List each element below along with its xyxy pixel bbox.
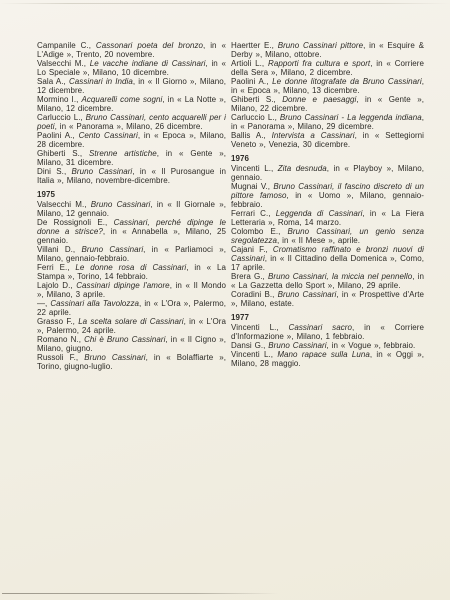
- entry-text: Carluccio L.,: [231, 113, 280, 122]
- bibliography-entry: Artioli L., Rapporti fra cultura e sport…: [231, 59, 424, 77]
- bibliography-entry: Ferrari C., Leggenda di Cassinari, in « …: [231, 209, 424, 227]
- bibliography-entry: Dini S., Bruno Cassinari, in « Il Purosa…: [37, 167, 226, 185]
- entry-title: Bruno Cassinari pittore: [278, 41, 363, 50]
- entry-text: Ghiberti S.,: [231, 95, 282, 104]
- entry-title: Cento Cassinari: [79, 131, 138, 140]
- bibliography-entry: Coradini B., Bruno Cassinari, in « Prosp…: [231, 290, 424, 308]
- entry-text: Villani D.,: [37, 245, 81, 254]
- entry-text: Ferrari C.,: [231, 209, 276, 218]
- bibliography-entry: Cajani F., Cromatismo raffinato e bronzi…: [231, 245, 424, 272]
- entry-text: , in « Il Mese », aprile.: [277, 236, 360, 245]
- entry-text: Dini S.,: [37, 167, 72, 176]
- entry-title: La scelta solare di Cassinari: [78, 317, 183, 326]
- entry-text: Dansi G.,: [231, 341, 268, 350]
- entry-title: Le vacche indiane di Cassinari: [90, 59, 206, 68]
- entry-title: Le donne rosa di Cassinari: [75, 263, 186, 272]
- entry-title: Intervista a Cassinari: [272, 131, 355, 140]
- entry-title: Chi è Bruno Cassinari: [84, 335, 165, 344]
- entry-text: Brera G.,: [231, 272, 268, 281]
- bibliography-entry: Colombo E., Bruno Cassinari, un genio se…: [231, 227, 424, 245]
- bibliography-entry: Haertter E., Bruno Cassinari pittore, in…: [231, 41, 424, 59]
- entry-title: Cassinari alla Tavolozza: [50, 299, 139, 308]
- bibliography-entry: Sala A., Cassinari in India, in « Il Gio…: [37, 77, 226, 95]
- entry-text: Vincenti L.,: [231, 323, 289, 332]
- year-heading-1975: 1975: [37, 190, 226, 199]
- entry-text: Paolini A.,: [37, 131, 79, 140]
- entry-title: Bruno Cassinari: [278, 290, 337, 299]
- bibliography-entry: Ghiberti S., Strenne artistiche, in « Ge…: [37, 149, 226, 167]
- bibliography-column-right: Haertter E., Bruno Cassinari pittore, in…: [231, 41, 424, 368]
- bibliography-entry: Ballis A., Intervista a Cassinari, in « …: [231, 131, 424, 149]
- entry-title: Bruno Cassinari - La leggenda indiana: [280, 113, 422, 122]
- entry-title: Zita desnuda: [278, 164, 327, 173]
- entry-text: Russoli F.,: [37, 353, 84, 362]
- entry-title: Strenne artistiche: [89, 149, 157, 158]
- entry-text: Grasso F.,: [37, 317, 78, 326]
- entry-title: Bruno Cassinari: [91, 200, 151, 209]
- bibliography-entry: Campanile C., Cassonari poeta del bronzo…: [37, 41, 226, 59]
- bibliography-entry: Paolini A., Cento Cassinari, in « Epoca …: [37, 131, 226, 149]
- entry-text: Valsecchi M.,: [37, 59, 90, 68]
- entry-text: Mormino I.,: [37, 95, 81, 104]
- entry-text: Artioli L.,: [231, 59, 268, 68]
- entry-text: —,: [37, 299, 50, 308]
- page-top-edge-line: [0, 3, 450, 4]
- bibliography-entry: Vincenti L., Zita desnuda, in « Playboy …: [231, 164, 424, 182]
- entry-title: Le donne litografate da Bruno Cassinari: [272, 77, 422, 86]
- entry-text: Coradini B.,: [231, 290, 278, 299]
- entry-text: Ghiberti S.,: [37, 149, 89, 158]
- entry-title: Bruno Cassinari: [84, 353, 145, 362]
- bibliography-entry: Russoli F., Bruno Cassinari, in « Bolaff…: [37, 353, 226, 371]
- bibliography-column-left: Campanile C., Cassonari poeta del bronzo…: [37, 41, 226, 371]
- entry-text: Haertter E.,: [231, 41, 278, 50]
- entry-text: Romano N.,: [37, 335, 84, 344]
- bibliography-entry: Ferri E., Le donne rosa di Cassinari, in…: [37, 263, 226, 281]
- entry-title: Leggenda di Cassinari: [276, 209, 363, 218]
- entry-text: , in « Panorama », Milano, 26 dicembre.: [55, 122, 203, 131]
- entry-text: Ferri E.,: [37, 263, 75, 272]
- entry-text: Valsecchi M.,: [37, 200, 91, 209]
- bibliography-entry: Brera G., Bruno Cassinari, la miccia nel…: [231, 272, 424, 290]
- entry-text: Vincenti L.,: [231, 164, 278, 173]
- entry-text: Ballis A.,: [231, 131, 272, 140]
- entry-text: Campanile C.,: [37, 41, 96, 50]
- entry-title: Cassonari poeta del bronzo: [96, 41, 203, 50]
- bibliography-entry: Vincenti L., Mano rapace sulla Luna, in …: [231, 350, 424, 368]
- entry-title: Mano rapace sulla Luna: [277, 350, 370, 359]
- bibliography-entry: Vincenti L., Cassinari sacro, in « Corri…: [231, 323, 424, 341]
- entry-title: Bruno Cassinari, la miccia nel pennello: [268, 272, 412, 281]
- page-bottom-edge-line: [2, 593, 278, 594]
- year-heading-1976: 1976: [231, 154, 424, 163]
- entry-title: Bruno Cassinari: [81, 245, 143, 254]
- entry-text: Lajolo D.,: [37, 281, 76, 290]
- bibliography-entry: Carluccio L., Bruno Cassinari - La legge…: [231, 113, 424, 131]
- entry-text: Vincenti L.,: [231, 350, 277, 359]
- entry-text: De Rossignoli E.,: [37, 218, 114, 227]
- entry-text: Paolini A.,: [231, 77, 272, 86]
- entry-text: , in « Vogue », febbraio.: [327, 341, 416, 350]
- entry-title: Bruno Cassinari: [72, 167, 133, 176]
- bibliography-entry: Dansi G., Bruno Cassinari, in « Vogue »,…: [231, 341, 424, 350]
- bibliography-entry: —, Cassinari alla Tavolozza, in « L'Ora …: [37, 299, 226, 317]
- entry-text: Colombo E.,: [231, 227, 288, 236]
- entry-title: Cassinari in India: [69, 77, 133, 86]
- entry-title: Cassinari dipinge l'amore: [76, 281, 169, 290]
- entry-title: Donne e paesaggi: [282, 95, 356, 104]
- bibliography-entry: Valsecchi M., Bruno Cassinari, in « Il G…: [37, 200, 226, 218]
- bibliography-entry: Mormino I., Acquarelli come sogni, in « …: [37, 95, 226, 113]
- bibliography-entry: De Rossignoli E., Cassinari, perché dipi…: [37, 218, 226, 245]
- bibliography-entry: Valsecchi M., Le vacche indiane di Cassi…: [37, 59, 226, 77]
- year-heading-1977: 1977: [231, 313, 424, 322]
- bibliography-entry: Romano N., Chi è Bruno Cassinari, in « I…: [37, 335, 226, 353]
- bibliography-entry: Paolini A., Le donne litografate da Brun…: [231, 77, 424, 95]
- entry-title: Acquarelli come sogni: [81, 95, 162, 104]
- entry-text: Sala A.,: [37, 77, 69, 86]
- entry-title: Cassinari sacro: [289, 323, 352, 332]
- bibliography-entry: Ghiberti S., Donne e paesaggi, in « Gent…: [231, 95, 424, 113]
- entry-text: Carluccio L.,: [37, 113, 86, 122]
- entry-text: Mugnai V.,: [231, 182, 273, 191]
- bibliography-entry: Lajolo D., Cassinari dipinge l'amore, in…: [37, 281, 226, 299]
- book-page: Campanile C., Cassonari poeta del bronzo…: [0, 0, 450, 600]
- bibliography-entry: Villani D., Bruno Cassinari, in « Parlia…: [37, 245, 226, 263]
- bibliography-entry: Carluccio L., Bruno Cassinari, cento acq…: [37, 113, 226, 131]
- bibliography-entry: Mugnai V., Bruno Cassinari, il fascino d…: [231, 182, 424, 209]
- entry-title: Rapporti fra cultura e sport: [268, 59, 370, 68]
- bibliography-entry: Grasso F., La scelta solare di Cassinari…: [37, 317, 226, 335]
- entry-title: Bruno Cassinari: [268, 341, 326, 350]
- entry-text: Cajani F.,: [231, 245, 273, 254]
